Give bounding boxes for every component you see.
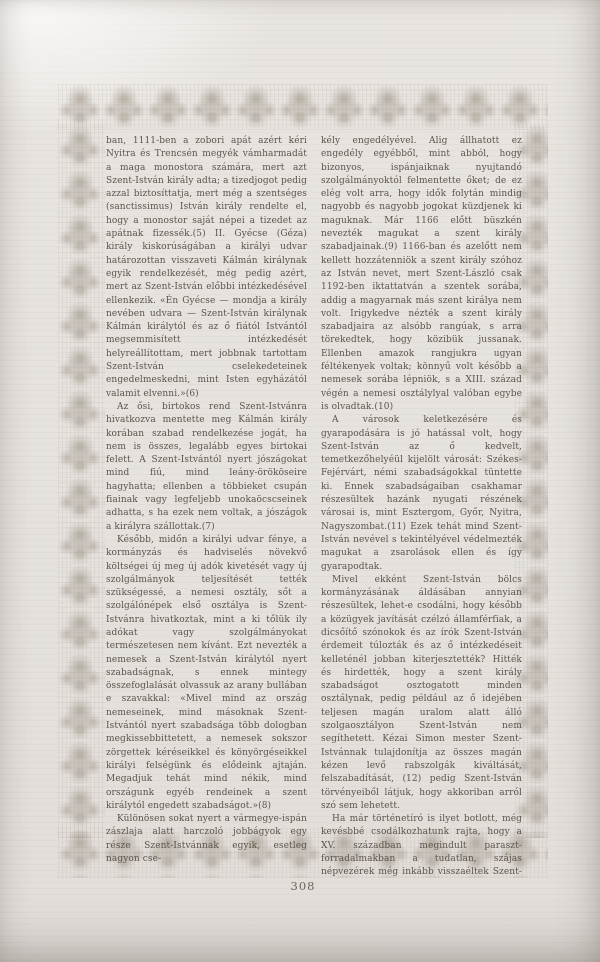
right-column: kély engedélyével. Alig állhatott ez eng… xyxy=(321,135,522,877)
border-top-ornament xyxy=(58,84,548,130)
paragraph: Az ősi, birtokos rend Szent-Istvánra hiv… xyxy=(106,401,307,534)
paragraph: Később, midőn a királyi udvar fénye, a k… xyxy=(106,534,307,813)
paragraph: Ha már történetíró is ilyet botlott, még… xyxy=(321,813,522,877)
left-column: ban, 1111-ben a zobori apát azért kéri N… xyxy=(106,135,307,877)
paragraph-continuation: ban, 1111-ben a zobori apát azért kéri N… xyxy=(106,135,307,401)
page-number: 308 xyxy=(58,879,548,893)
border-left-ornament xyxy=(58,124,105,838)
paragraph: Különösen sokat nyert a vármegye-ispán z… xyxy=(106,813,307,866)
paragraph-continuation: kély engedélyével. Alig állhatott ez eng… xyxy=(321,135,522,414)
paragraph: A városok keletkezésére és gyarapodására… xyxy=(321,414,522,574)
paragraph: Mivel ekként Szent-István bölcs kormányz… xyxy=(321,574,522,813)
book-page: ban, 1111-ben a zobori apát azért kéri N… xyxy=(0,0,600,962)
text-block: ban, 1111-ben a zobori apát azért kéri N… xyxy=(106,135,522,877)
